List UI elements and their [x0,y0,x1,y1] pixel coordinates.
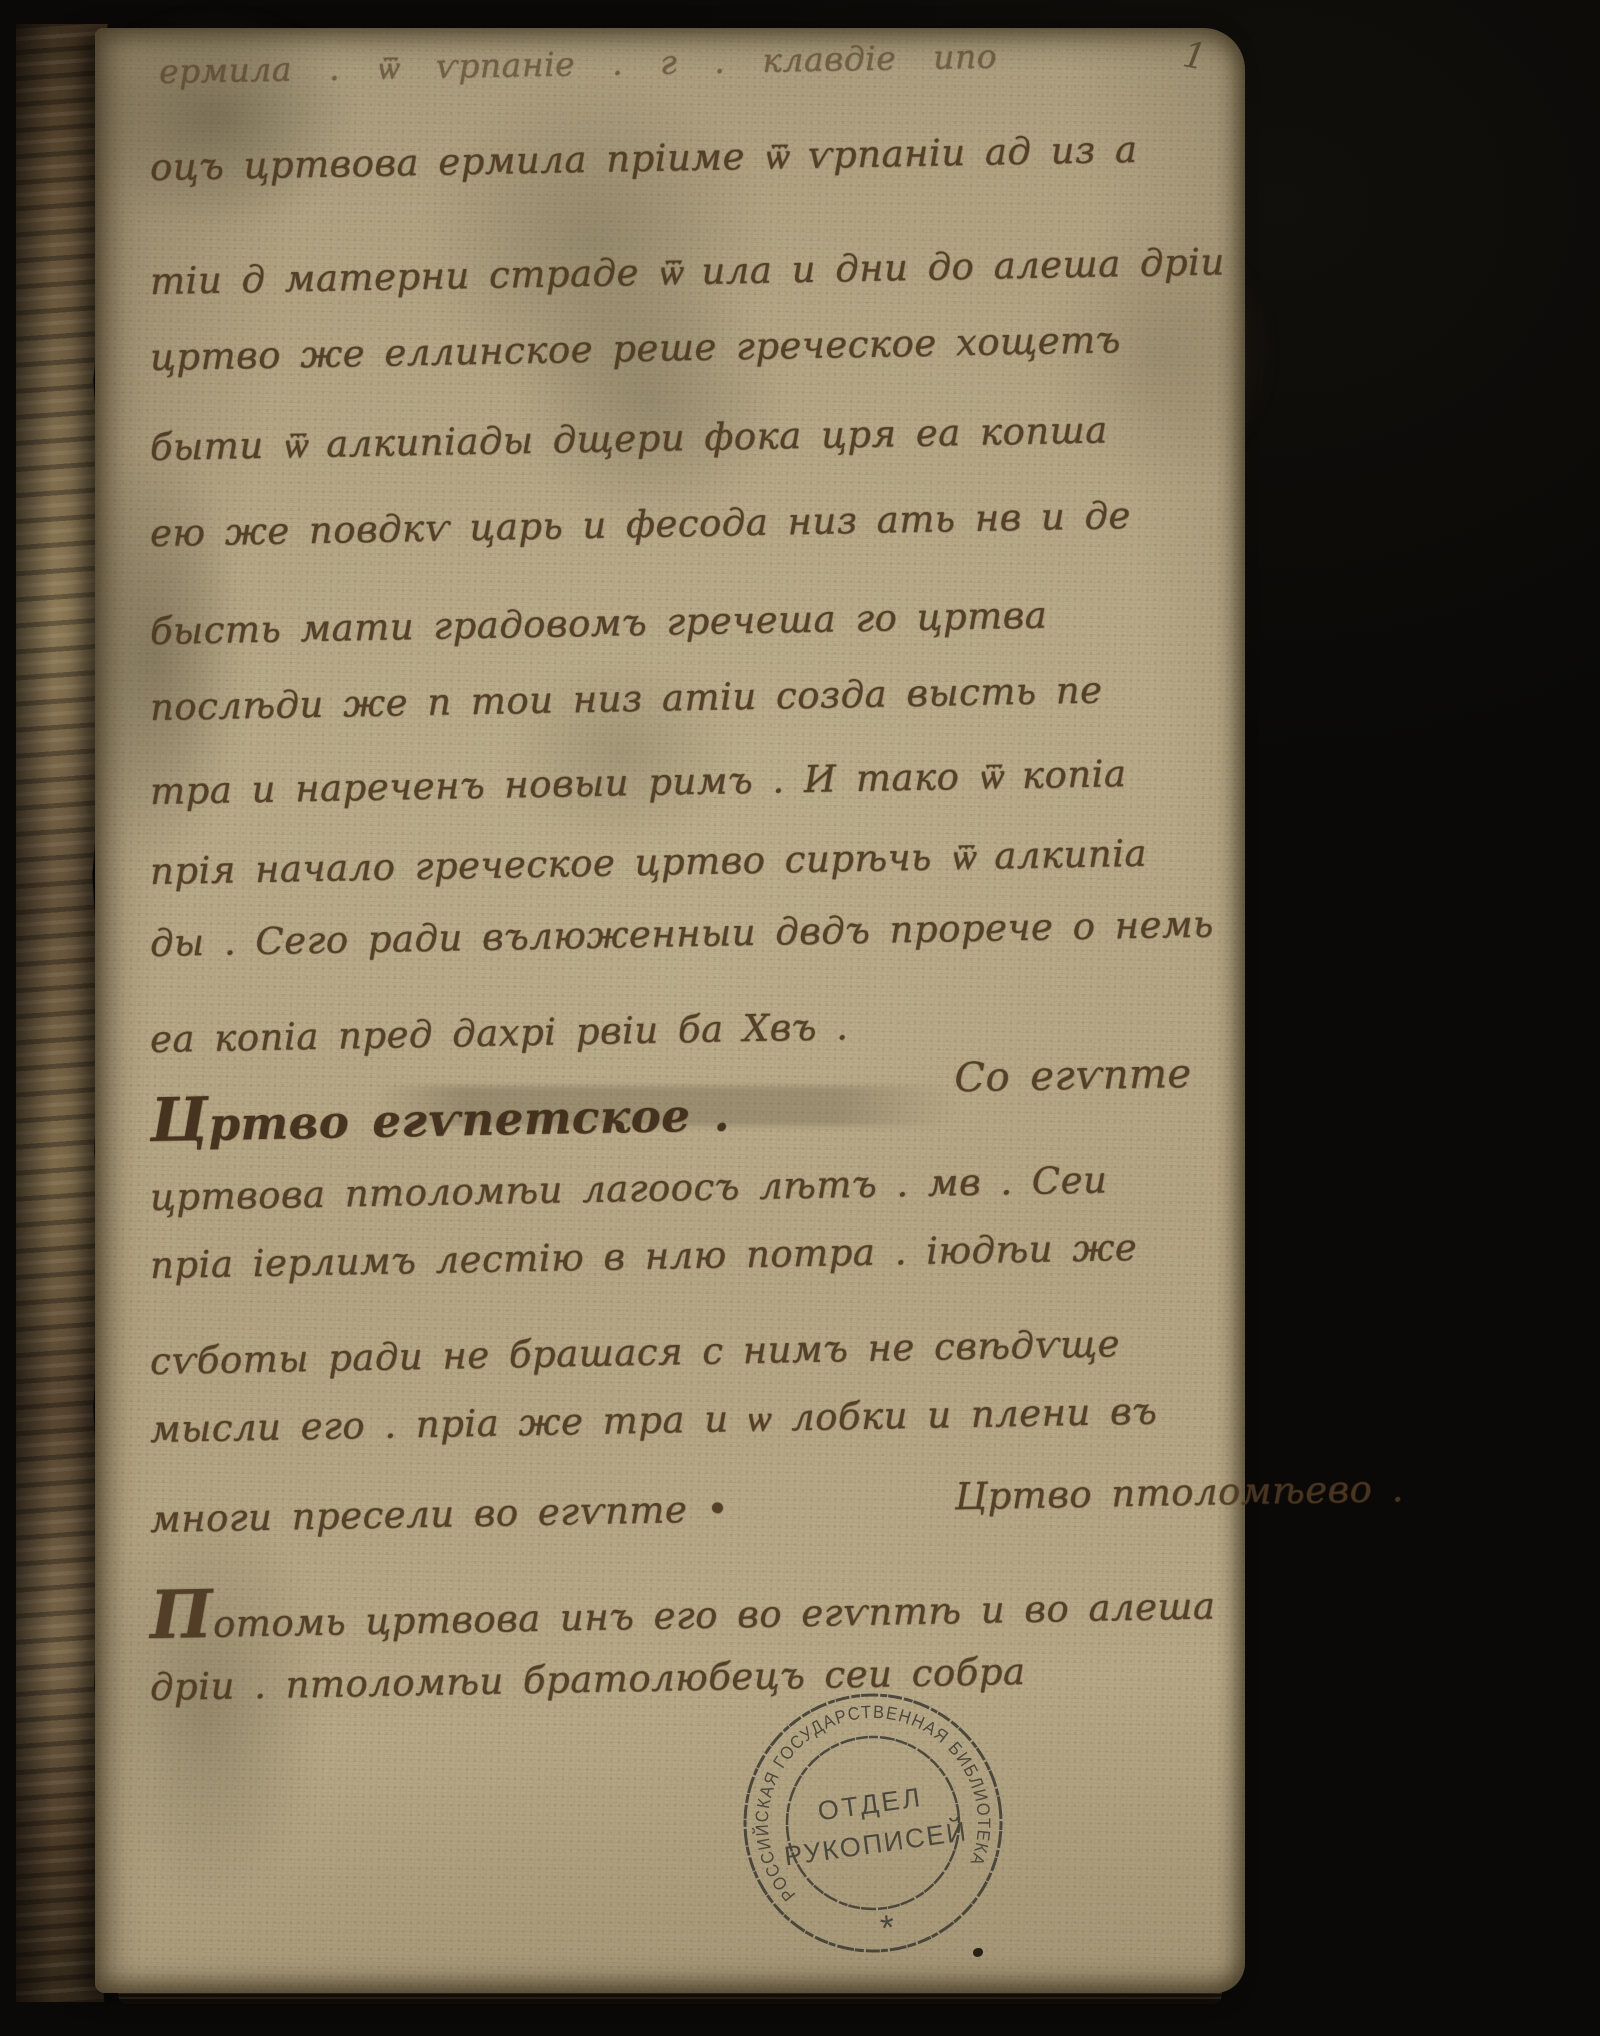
manuscript-line: ею же повдкѵ царь и фесода низ ать нв и … [150,492,1221,555]
stamp-star-icon: * [878,1906,898,1949]
line-text: Потомь цртвова инъ его во егѵптѣ и во ал… [149,1556,1216,1654]
line-text: еа копіа пред дахрі рвіи ба Хвъ . [150,1005,849,1061]
line-text: пріа іерлимъ лестію в нлю потра . іюдѣи … [150,1226,1138,1287]
manuscript-line: послѣди же п тои низ атіи созда высть пе [150,666,1221,729]
line-text: цртво же еллинское реше греческое хощетъ [150,318,1122,379]
line-text: быти ѿ алкипіады дщери фока цря еа копша [150,408,1109,470]
line-text: ермила . ѿ ѵрпаніе . г . клавдіе ипо [159,37,998,92]
line-text: ды . Сего ради вълюженныи двдъ прорече о… [150,903,1215,965]
library-stamp: РОССИЙСКАЯ ГОСУДАРСТВЕННАЯ БИБЛИОТЕКА ОТ… [704,1654,1043,1993]
manuscript-line: бысть мати градовомъ гречеша го цртва [150,590,1221,653]
line-text: оцъ цртвова ермила пріиме ѿ ѵрпаніи ад и… [150,128,1138,190]
manuscript-line: еа копіа пред дахрі рвіи ба Хвъ . [150,998,1221,1061]
manuscript-line: тіи д матерни страде ѿ ила и дни до алеш… [150,240,1221,304]
line-text: ею же повдкѵ царь и фесода низ ать нв и … [150,494,1132,555]
line-text: прія начало греческое цртво сирѣчь ѿ алк… [150,832,1148,894]
line-text: тіи д матерни страде ѿ ила и дни до алеш… [150,240,1226,304]
line-text: цртвова птоломѣи лагоосъ лѣтъ . мв . Сеи [150,1158,1108,1219]
line-text: многи пресели во егѵпте • [150,1487,730,1541]
manuscript-line: пріа іерлимъ лестію в нлю потра . іюдѣи … [150,1224,1221,1287]
manuscript-text: ермила . ѿ ѵрпаніе . г . клавдіе ипооцъ … [95,28,1245,1993]
stamp-center-line1: ОТДЕЛ [816,1782,925,1826]
manuscript-line: цртвова птоломѣи лагоосъ лѣтъ . мв . Сеи [150,1156,1221,1219]
manuscript-scan: 1 ермила . ѿ ѵрпаніе . г . клавдіе ипооц… [0,0,1600,2036]
manuscript-line: дріи . птоломѣи братолюбецъ сеи собра [150,1646,1221,1709]
manuscript-line: многи пресели во егѵпте •Цртво птоломѣев… [150,1478,1221,1541]
line-text: сѵботы ради не брашася с нимъ не свѣдѵще [150,1322,1121,1383]
manuscript-line: цртво же еллинское реше греческое хощетъ [150,316,1221,379]
manuscript-line: сѵботы ради не брашася с нимъ не свѣдѵще [150,1320,1221,1383]
line-text: бысть мати градовомъ гречеша го цртва [150,594,1048,653]
manuscript-line: мысли его . пріа же тра и ѡ лобки и плен… [150,1388,1221,1452]
manuscript-line: ды . Сего ради вълюженныи двдъ прорече о… [150,902,1221,965]
manuscript-line: прія начало греческое цртво сирѣчь ѿ алк… [150,830,1221,894]
line-text: послѣди же п тои низ атіи созда высть пе [150,669,1103,729]
line-text: мысли его . пріа же тра и ѡ лобки и плен… [150,1390,1158,1452]
manuscript-line: тра и нареченъ новыи римъ . И тако ѿ коп… [150,750,1221,814]
line-text-right: Со егѵпте [954,1051,1192,1101]
stamp-center-line2: РУКОПИСЕЙ [782,1815,969,1871]
manuscript-line: оцъ цртвова ермила пріиме ѿ ѵрпаніи ад и… [150,126,1221,190]
manuscript-page: 1 ермила . ѿ ѵрпаніе . г . клавдіе ипооц… [95,28,1245,1993]
manuscript-line: Цртво егѵпетское .Со егѵпте [149,1066,1220,1156]
line-text-right: Цртво птоломѣево . [954,1467,1404,1518]
manuscript-line: быти ѿ алкипіады дщери фока цря еа копша [150,406,1221,470]
manuscript-line: Потомь цртвова инъ его во егѵптѣ и во ал… [149,1556,1220,1654]
line-text: Цртво егѵпетское . [149,1075,730,1156]
stamp-graphic: РОССИЙСКАЯ ГОСУДАРСТВЕННАЯ БИБЛИОТЕКА ОТ… [704,1654,1043,1993]
manuscript-line: ермила . ѿ ѵрпаніе . г . клавдіе ипо [159,32,1230,92]
line-text: тра и нареченъ новыи римъ . И тако ѿ коп… [150,752,1127,814]
